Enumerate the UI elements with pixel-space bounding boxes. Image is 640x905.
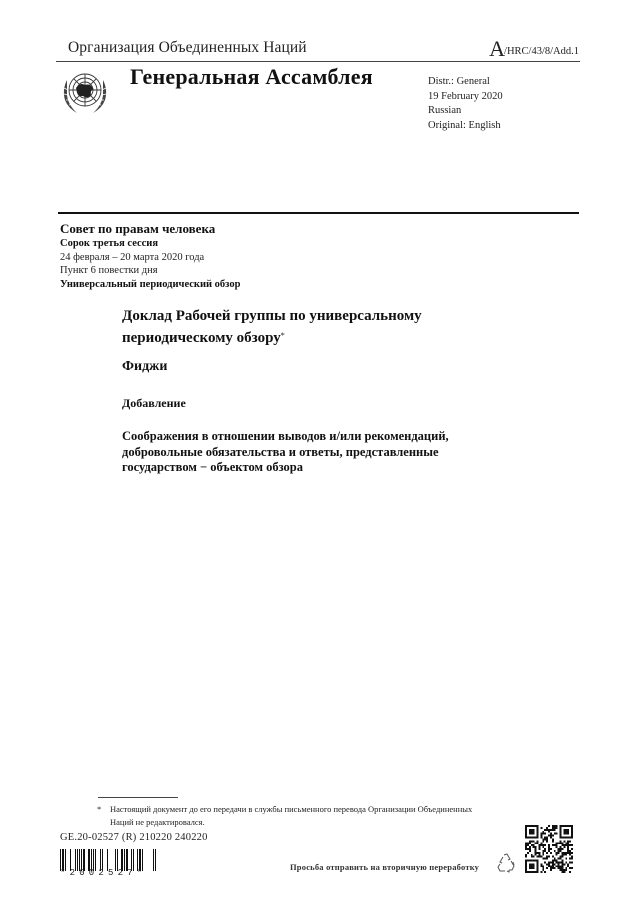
body-name: Генеральная Ассамблея bbox=[130, 64, 373, 90]
un-emblem-icon bbox=[59, 66, 111, 118]
footnote-text: Настоящий документ до его передачи в слу… bbox=[110, 804, 472, 827]
header-rule bbox=[56, 61, 580, 62]
agenda-item: Пункт 6 повестки дня bbox=[60, 264, 240, 278]
distribution-date: 19 February 2020 bbox=[428, 90, 503, 105]
barcode-text: *2002527* bbox=[60, 868, 146, 878]
footnote: * Настоящий документ до его передачи в с… bbox=[110, 803, 490, 828]
qr-code-icon bbox=[525, 825, 573, 873]
document-symbol: A/HRC/43/8/Add.1 bbox=[489, 38, 579, 60]
country-name: Фиджи bbox=[122, 359, 167, 375]
views-line: государством − объектом обзора bbox=[122, 460, 492, 476]
symbol-rest: /HRC/43/8/Add.1 bbox=[504, 46, 579, 57]
distribution-line: Distr.: General bbox=[428, 75, 503, 90]
job-code: GE.20-02527 (R) 210220 240220 bbox=[60, 832, 208, 843]
meeting-info: Совет по правам человека Сорок третья се… bbox=[60, 221, 240, 291]
organization-name: Организация Объединенных Наций bbox=[68, 39, 307, 57]
distribution-original: Original: English bbox=[428, 119, 503, 134]
views-line: добровольные обязательства и ответы, пре… bbox=[122, 445, 492, 461]
distribution-block: Distr.: General 19 February 2020 Russian… bbox=[428, 75, 503, 133]
symbol-prefix: A bbox=[489, 36, 504, 61]
agenda-title: Универсальный периодический обзор bbox=[60, 278, 240, 292]
session-name: Сорок третья сессия bbox=[60, 237, 240, 251]
recycle-icon bbox=[495, 851, 519, 875]
footnote-star: * bbox=[97, 803, 101, 816]
report-title-line: Доклад Рабочей группы по универсальному bbox=[122, 307, 482, 326]
session-dates: 24 февраля – 20 марта 2020 года bbox=[60, 251, 240, 265]
section-rule bbox=[58, 212, 579, 214]
footnote-marker: * bbox=[281, 331, 285, 340]
report-title-line: периодическому обзору bbox=[122, 330, 281, 346]
report-title: Доклад Рабочей группы по универсальному … bbox=[122, 307, 482, 348]
views-line: Соображения в отношении выводов и/или ре… bbox=[122, 429, 492, 445]
views-heading: Соображения в отношении выводов и/или ре… bbox=[122, 429, 492, 476]
recycle-text: Просьба отправить на вторичную переработ… bbox=[290, 862, 479, 872]
distribution-language: Russian bbox=[428, 104, 503, 119]
addendum-label: Добавление bbox=[122, 396, 186, 411]
council-name: Совет по правам человека bbox=[60, 221, 240, 237]
footnote-rule bbox=[98, 797, 178, 798]
